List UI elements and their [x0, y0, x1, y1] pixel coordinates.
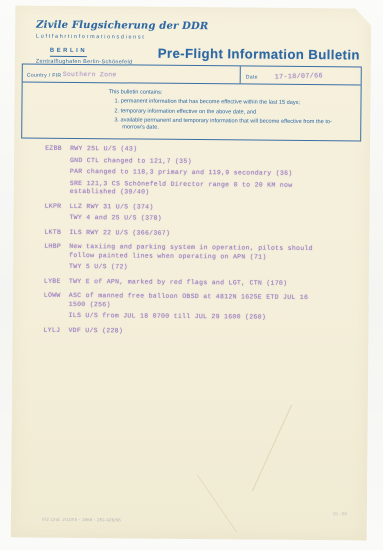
- notice-item: 1. permanent information that has become…: [108, 98, 352, 107]
- scanned-bulletin-page: Zivile Flugsicherung der DDR Luftfahrtin…: [11, 5, 372, 540]
- notam-entry: LKTBILS RWY 22 U/S (366/367): [13, 228, 357, 239]
- notice-box: This bulletin contains: 1. permanent inf…: [22, 82, 360, 141]
- issuer-name: Zivile Flugsicherung der DDR: [36, 21, 208, 33]
- country-date-row: Country / FIR Southern Zone Date 17-18/0…: [23, 65, 361, 85]
- notam-line: PAR changed to 118,3 primary and 119,9 s…: [70, 168, 358, 178]
- notice-item: 2. temporary information effective on th…: [108, 108, 352, 117]
- location-code: LYBE: [44, 277, 61, 285]
- notice-intro: This bulletin contains:: [109, 89, 353, 98]
- page-mark: 15 - 66: [333, 511, 347, 516]
- notam-entry: LYLJVDF U/S (228): [12, 326, 356, 337]
- printer-imprint: V/2 Lind. 2/10/III - 1966 - ZfG 426/66: [42, 517, 121, 523]
- notam-line: TWY 4 and 25 U/S (378): [69, 214, 357, 224]
- notam-entries: EZBBRWY 25L U/S (43)GND CTL changed to 1…: [12, 140, 358, 343]
- notice-item: 3. available permanent and temporary inf…: [108, 117, 352, 134]
- notam-entry: LOWWASC of manned free balloon OBSD at 4…: [13, 291, 357, 322]
- notam-entry: EZBBRWY 25L U/S (43)GND CTL changed to 1…: [14, 144, 358, 198]
- issuer-city: BERLIN: [50, 49, 87, 57]
- notam-entry: LKPRLLZ RWY 31 U/S (374)TWY 4 and 25 U/S…: [13, 202, 357, 224]
- notam-entry: LHBPNew taxiing and parking system in op…: [13, 242, 357, 273]
- notam-line: VDF U/S (228): [68, 326, 356, 336]
- location-code: LOWW: [44, 292, 61, 300]
- date-label: Date: [246, 74, 258, 80]
- location-code: LHBP: [44, 243, 61, 251]
- notam-line: LLZ RWY 31 U/S (374): [70, 202, 358, 212]
- country-fir-label: Country / FIR: [27, 73, 62, 79]
- notam-line: ILS U/S from JUL 18 0700 till JUL 29 160…: [69, 312, 357, 322]
- notam-entry: LYBETWY E of APN, marked by red flags an…: [13, 277, 357, 288]
- notam-line: 1500 (256): [69, 300, 357, 310]
- location-code: LKPR: [45, 202, 62, 210]
- date-value: 17-18/07/66: [275, 72, 323, 81]
- country-fir-value: Southern Zone: [63, 71, 117, 78]
- date-cell: Date 17-18/07/66: [240, 66, 361, 84]
- notam-line: TWY E of APN, marked by red flags and LG…: [69, 277, 357, 287]
- notam-line: ILS RWY 22 U/S (366/367): [69, 228, 357, 238]
- notam-line: GND CTL changed to 121,7 (35): [70, 156, 358, 166]
- notice-item-list: 1. permanent information that has become…: [108, 98, 352, 133]
- location-code: LYLJ: [43, 326, 60, 334]
- notam-line: established (39/40): [70, 188, 358, 198]
- bulletin-form-table: Country / FIR Southern Zone Date 17-18/0…: [21, 64, 362, 142]
- notam-line: TWY 5 U/S (72): [69, 263, 357, 273]
- notam-line: RWY 25L U/S (43): [70, 145, 358, 155]
- location-code: EZBB: [45, 145, 62, 153]
- location-code: LKTB: [44, 228, 61, 236]
- notam-line: follow painted lines when operating on A…: [69, 251, 357, 261]
- page-title: Pre-Flight Information Bulletin: [158, 46, 360, 63]
